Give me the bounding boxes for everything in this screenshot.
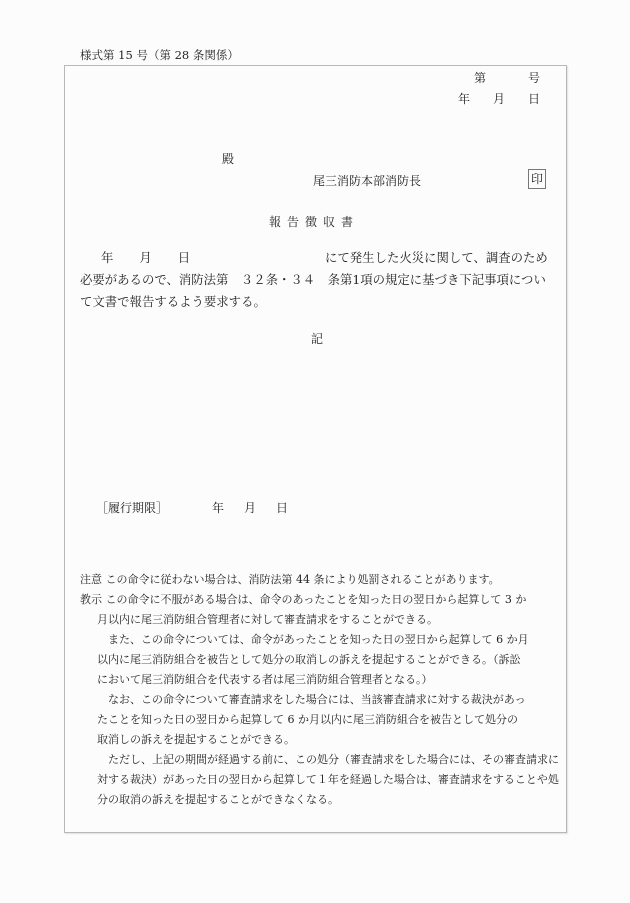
incident-year: 年 xyxy=(101,250,113,265)
seal-stamp: 印 xyxy=(528,169,546,189)
instruction-line: 対する裁決）があった日の翌日から起算して１年を経過した場合は、審査請求をすること… xyxy=(97,771,559,787)
ki-heading: 記 xyxy=(311,330,323,347)
instruction-line: 以内に尾三消防組合を被告として処分の取消しの訴えを提起することができる。（訴訟 xyxy=(97,651,521,667)
instruction-line: 分の取消の訴えを提起することができなくなる。 xyxy=(97,791,339,807)
deadline-year: 年 xyxy=(212,501,224,515)
deadline-day: 日 xyxy=(276,501,288,515)
sender-name: 尾三消防本部消防長 xyxy=(313,172,421,189)
body-line-3: て文書で報告するよう要求する。 xyxy=(80,292,266,310)
instruction-line: ただし、上記の期間が経過する前に、この処分（審査請求をした場合には、その審査請求… xyxy=(97,751,559,767)
incident-month: 月 xyxy=(139,250,151,265)
instruction-line: 月以内に尾三消防組合管理者に対して審査請求をすることができる。 xyxy=(97,611,438,627)
deadline-month: 月 xyxy=(244,501,256,515)
deadline-row: ［履行期限］年月日 xyxy=(96,499,288,516)
issue-date: 年月日 xyxy=(458,90,540,107)
date-day: 日 xyxy=(528,90,540,107)
addressee-suffix: 殿 xyxy=(222,150,234,167)
caution-note: 注意 この命令に従わない場合は、消防法第 44 条により処罰されることがあります… xyxy=(80,571,500,587)
instruction-line: また、この命令については、命令があったことを知った日の翌日から起算して 6 か月 xyxy=(97,631,529,647)
body-line-2: 必要があるので、消防法第 ３２条・３４ 条第1項の規定に基づき下記事項につい xyxy=(80,270,546,288)
date-month: 月 xyxy=(493,90,505,107)
body-line-1-rest: にて発生した火災に関して、調査のため xyxy=(325,248,548,266)
date-year: 年 xyxy=(458,90,470,107)
number-suffix: 号 xyxy=(528,69,540,86)
body-line-1-date: 年月日 xyxy=(101,248,190,266)
instruction-line: たことを知った日の翌日から起算して 6 か月以内に尾三消防組合を被告として処分の xyxy=(97,711,518,727)
document-title: 報告徴収書 xyxy=(269,213,359,230)
number-prefix: 第 xyxy=(474,69,486,86)
form-number-label: 様式第 15 号（第 28 条関係） xyxy=(80,47,239,63)
document-number: 第号 xyxy=(474,69,540,86)
instruction-line: 取消しの訴えを提起することができる。 xyxy=(97,731,295,747)
instruction-line: なお、この命令について審査請求をした場合には、当該審査請求に対する裁決があっ xyxy=(97,691,526,707)
deadline-label: ［履行期限］ xyxy=(96,501,168,515)
instruction-line: 教示 この命令に不服がある場合は、命令のあったことを知った日の翌日から起算して … xyxy=(80,591,526,607)
incident-day: 日 xyxy=(178,250,190,265)
instruction-line: において尾三消防組合を代表する者は尾三消防組合管理者となる。） xyxy=(97,671,433,687)
